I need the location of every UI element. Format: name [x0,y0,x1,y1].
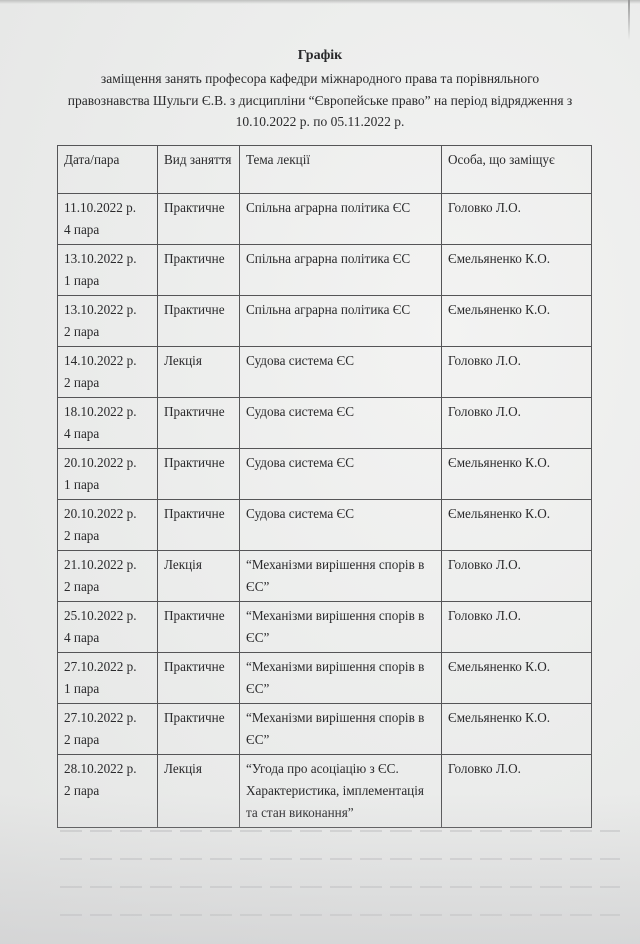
cell-type: Практичне [158,653,240,704]
page-bottom-shadow [0,794,640,944]
cell-type: Практичне [158,296,240,347]
cell-topic: “Механізми вирішення спорів в ЄС” [240,704,442,755]
table-row: 21.10.2022 р. 2 пара Лекція “Механізми в… [58,551,592,602]
cell-date-pair: 27.10.2022 р. 2 пара [58,704,158,755]
cell-topic: “Механізми вирішення спорів в ЄС” [240,551,442,602]
cell-date: 20.10.2022 р. [64,452,152,474]
cell-topic: “Механізми вирішення спорів в ЄС” [240,653,442,704]
header-date: Дата/пара [58,146,158,194]
cell-topic: Спільна аграрна політика ЄС [240,194,442,245]
cell-substitute: Ємельяненко К.О. [442,704,592,755]
scanned-page: Графік заміщення занять професора кафедр… [0,0,640,944]
cell-date: 27.10.2022 р. [64,707,152,729]
subtitle-line: правознавства Шульги Є.В. з дисципліни “… [40,90,600,112]
cell-date: 27.10.2022 р. [64,656,152,678]
header-type: Вид заняття [158,146,240,194]
cell-type: Лекція [158,347,240,398]
cell-pair: 4 пара [64,423,152,445]
cell-date: 21.10.2022 р. [64,554,152,576]
page-fold-shadow [628,0,630,40]
table-row: 20.10.2022 р. 1 пара Практичне Судова си… [58,449,592,500]
cell-date: 18.10.2022 р. [64,401,152,423]
cell-substitute: Головко Л.О. [442,551,592,602]
cell-topic: Судова система ЄС [240,500,442,551]
cell-type: Практичне [158,449,240,500]
cell-type: Практичне [158,398,240,449]
cell-substitute: Головко Л.О. [442,398,592,449]
cell-pair: 2 пара [64,576,152,598]
cell-pair: 2 пара [64,729,152,751]
cell-date-pair: 13.10.2022 р. 2 пара [58,296,158,347]
cell-date-pair: 25.10.2022 р. 4 пара [58,602,158,653]
cell-pair: 2 пара [64,372,152,394]
subtitle-line: заміщення занять професора кафедри міжна… [40,68,600,90]
cell-substitute: Головко Л.О. [442,347,592,398]
cell-type: Практичне [158,194,240,245]
cell-substitute: Ємельяненко К.О. [442,653,592,704]
cell-substitute: Головко Л.О. [442,602,592,653]
cell-type: Лекція [158,551,240,602]
cell-date-pair: 18.10.2022 р. 4 пара [58,398,158,449]
cell-date: 11.10.2022 р. [64,197,152,219]
cell-date: 13.10.2022 р. [64,248,152,270]
page-top-edge [0,0,640,4]
table-header-row: Дата/пара Вид заняття Тема лекції Особа,… [58,146,592,194]
cell-date: 20.10.2022 р. [64,503,152,525]
table-body: 11.10.2022 р. 4 пара Практичне Спільна а… [58,194,592,828]
cell-substitute: Ємельяненко К.О. [442,245,592,296]
cell-date-pair: 21.10.2022 р. 2 пара [58,551,158,602]
cell-date-pair: 11.10.2022 р. 4 пара [58,194,158,245]
cell-pair: 4 пара [64,627,152,649]
table-row: 14.10.2022 р. 2 пара Лекція Судова систе… [58,347,592,398]
table-row: 27.10.2022 р. 2 пара Практичне “Механізм… [58,704,592,755]
cell-date: 13.10.2022 р. [64,299,152,321]
cell-type: Практичне [158,704,240,755]
cell-topic: “Механізми вирішення спорів в ЄС” [240,602,442,653]
table-row: 11.10.2022 р. 4 пара Практичне Спільна а… [58,194,592,245]
cell-date: 25.10.2022 р. [64,605,152,627]
cell-pair: 1 пара [64,678,152,700]
cell-substitute: Ємельяненко К.О. [442,296,592,347]
table-row: 13.10.2022 р. 2 пара Практичне Спільна а… [58,296,592,347]
cell-date: 14.10.2022 р. [64,350,152,372]
cell-topic: Спільна аграрна політика ЄС [240,296,442,347]
cell-type: Практичне [158,245,240,296]
cell-date-pair: 13.10.2022 р. 1 пара [58,245,158,296]
cell-pair: 4 пара [64,219,152,241]
cell-type: Практичне [158,500,240,551]
table-row: 20.10.2022 р. 2 пара Практичне Судова си… [58,500,592,551]
cell-pair: 1 пара [64,270,152,292]
cell-pair: 2 пара [64,321,152,343]
document-subtitle: заміщення занять професора кафедри міжна… [40,68,600,133]
cell-date-pair: 20.10.2022 р. 1 пара [58,449,158,500]
subtitle-line: 10.10.2022 р. по 05.11.2022 р. [40,111,600,133]
cell-date-pair: 27.10.2022 р. 1 пара [58,653,158,704]
cell-topic: Спільна аграрна політика ЄС [240,245,442,296]
cell-date-pair: 14.10.2022 р. 2 пара [58,347,158,398]
document-title: Графік [0,48,640,64]
cell-substitute: Ємельяненко К.О. [442,449,592,500]
table-row: 18.10.2022 р. 4 пара Практичне Судова си… [58,398,592,449]
table-row: 13.10.2022 р. 1 пара Практичне Спільна а… [58,245,592,296]
cell-date: 28.10.2022 р. [64,758,152,780]
cell-pair: 1 пара [64,474,152,496]
cell-substitute: Головко Л.О. [442,194,592,245]
cell-topic: Судова система ЄС [240,347,442,398]
header-substitute: Особа, що заміщує [442,146,592,194]
cell-date-pair: 20.10.2022 р. 2 пара [58,500,158,551]
cell-type: Практичне [158,602,240,653]
cell-topic: Судова система ЄС [240,449,442,500]
cell-topic: Судова система ЄС [240,398,442,449]
table-row: 27.10.2022 р. 1 пара Практичне “Механізм… [58,653,592,704]
cell-substitute: Ємельяненко К.О. [442,500,592,551]
header-topic: Тема лекції [240,146,442,194]
cell-pair: 2 пара [64,525,152,547]
table-row: 25.10.2022 р. 4 пара Практичне “Механізм… [58,602,592,653]
substitution-schedule-table: Дата/пара Вид заняття Тема лекції Особа,… [57,145,592,828]
